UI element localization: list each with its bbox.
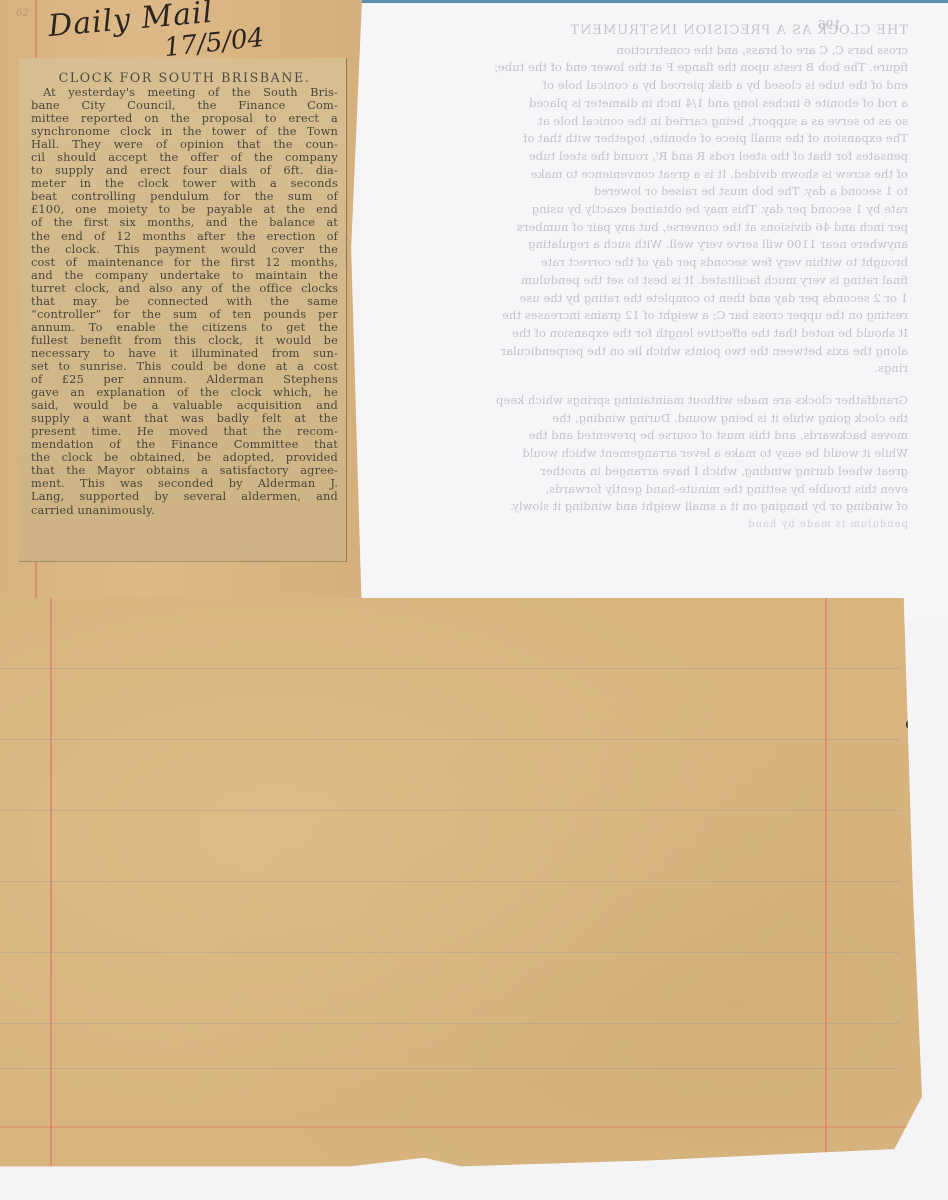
text-line: carried unanimously. xyxy=(31,504,338,517)
ruled-line xyxy=(0,1023,900,1024)
text-line: the end of 12 months after the erection … xyxy=(31,230,338,243)
left-margin-rule xyxy=(50,598,52,1178)
ruled-line xyxy=(0,1068,900,1069)
text-line: Grandfather clocks are made without main… xyxy=(438,392,908,410)
text-line: turret clock, and also any of the office… xyxy=(31,282,338,295)
text-line: brought to within very few seconds per d… xyxy=(438,254,908,272)
text-line: per inch and 46 divisions at the convers… xyxy=(438,219,908,237)
ruled-line xyxy=(0,668,900,669)
newspaper-clipping: CLOCK FOR SOUTH BRISBANE. At yesterday's… xyxy=(19,58,347,562)
text-line: anywhere near 1100 will serve very well.… xyxy=(438,236,908,254)
ruled-line xyxy=(0,881,900,882)
text-line: the clock going while it is being wound.… xyxy=(438,410,908,428)
text-line: resting on the upper cross bar C; a weig… xyxy=(438,307,908,325)
text-line: of the screw is shown divided. It is a g… xyxy=(438,166,908,184)
text-line: final rating is very much facilitated. I… xyxy=(438,272,908,290)
text-line: of winding or by hanging on it a small w… xyxy=(438,498,908,516)
text-line: rate by 1 second per day. This may be ob… xyxy=(438,201,908,219)
text-line: a rod of ebonite 6 inches long and 1/4 i… xyxy=(438,95,908,113)
book-bleed-through-text: THE CLOCK AS A PRECISION INSTRUMENT cros… xyxy=(438,22,908,534)
text-line: that may be connected with the same xyxy=(31,295,338,308)
ink-spot xyxy=(906,720,912,729)
text-line: annum. To enable the citizens to get the xyxy=(31,321,338,334)
clipping-headline: CLOCK FOR SOUTH BRISBANE. xyxy=(31,70,338,85)
text-line: cost of maintenance for the first 12 mon… xyxy=(31,256,338,269)
clipping-body: At yesterday's meeting of the South Bris… xyxy=(31,86,338,517)
text-line: along the axis between the two points wh… xyxy=(438,343,908,361)
text-line: of the first six months, and the balance… xyxy=(31,216,338,229)
right-margin-rule xyxy=(825,598,827,1178)
book-paragraph-2: Grandfather clocks are made without main… xyxy=(438,392,908,516)
text-line: cross bars C, C are of brass, and the co… xyxy=(438,42,908,60)
text-line: While it would be easy to make a lever a… xyxy=(438,445,908,463)
book-paragraph-1: cross bars C, C are of brass, and the co… xyxy=(438,42,908,378)
text-line: It should be noted that the effective le… xyxy=(438,325,908,343)
text-line: 1 or 2 seconds per day and then to compl… xyxy=(438,290,908,308)
text-line: great wheel during winding, which I have… xyxy=(438,463,908,481)
text-line: Lang, supported by several aldermen, and xyxy=(31,490,338,503)
text-line: even this trouble by setting the minute-… xyxy=(438,481,908,499)
book-running-header: THE CLOCK AS A PRECISION INSTRUMENT xyxy=(438,22,908,40)
lined-scrapbook-paper xyxy=(0,598,922,1178)
text-line: The expansion of the small piece of ebon… xyxy=(438,130,908,148)
text-line: pensates for that of the steel rods R an… xyxy=(438,148,908,166)
ruled-line xyxy=(0,739,900,740)
text-line: “controller” for the sum of ten pounds p… xyxy=(31,308,338,321)
text-line: the clock. This payment would cover the xyxy=(31,243,338,256)
corner-pencil-mark: 62 xyxy=(16,8,29,19)
ruled-line xyxy=(0,810,900,811)
book-caption-fragment: pendulum is made by hand xyxy=(438,516,908,534)
text-line: moves backwards, and this must of course… xyxy=(438,427,908,445)
text-line: end of the tube is closed by a disk pier… xyxy=(438,77,908,95)
text-line: to 1 second a day. The bob must be raise… xyxy=(438,183,908,201)
text-line: and the company undertake to maintain th… xyxy=(31,269,338,282)
ruled-line xyxy=(0,952,900,953)
text-line: rings. xyxy=(438,360,908,378)
text-line: figure. The bob B rests upon the flange … xyxy=(438,59,908,77)
text-line: so as to serve as a support, being carri… xyxy=(438,113,908,131)
bottom-red-rule xyxy=(0,1126,910,1128)
text-line: fullest benefit from this clock, it woul… xyxy=(31,334,338,347)
